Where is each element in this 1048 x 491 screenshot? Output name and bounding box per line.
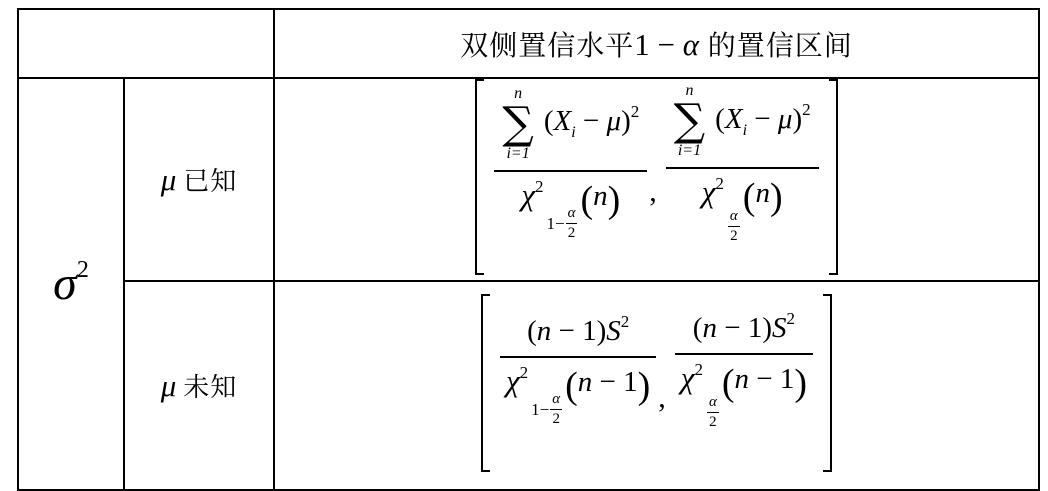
fraction-upper-bound: (n − 1)S2 χ2α2(n − 1)	[675, 309, 813, 457]
alpha-symbol: α	[550, 392, 562, 409]
subscript-prefix: 1−	[531, 400, 549, 420]
alpha-symbol: α	[707, 395, 719, 412]
denominator: χ21−α2(n − 1)	[500, 358, 656, 454]
header-row: 双侧置信水平1 − α 的置信区间	[18, 9, 1039, 78]
numerator: (n − 1)S2	[675, 309, 813, 353]
minus-one: − 1)	[551, 315, 606, 347]
argument-n: n	[593, 180, 608, 212]
argument-rest: − 1	[592, 366, 637, 398]
header-one-minus: 1 −	[634, 27, 682, 62]
minus-one: − 1)	[717, 312, 772, 344]
variable-S: S	[606, 315, 621, 347]
chi-subscript: α2	[706, 395, 719, 430]
ci-formula-known: n ∑ i=1 (Xi − μ)2 χ21−α2(n)	[475, 79, 837, 275]
denominator-two: 2	[552, 410, 560, 427]
sigma-exponent: 2	[77, 257, 89, 283]
variable-n: n	[702, 312, 717, 344]
sum-expression: (Xi − μ)2	[715, 103, 810, 135]
sigma-squared-cell: σ2	[18, 78, 124, 490]
close-paren: )	[608, 179, 621, 221]
mu-known-cell: μ已知	[124, 78, 274, 281]
open-paren: (	[580, 179, 593, 221]
argument-n: n	[755, 177, 770, 209]
denominator-two: 2	[709, 413, 717, 430]
open-paren: (	[722, 362, 735, 404]
variable-n: n	[537, 315, 552, 347]
chi-exponent: 2	[535, 177, 544, 196]
right-bracket	[823, 294, 832, 472]
argument-rest: − 1	[749, 363, 794, 395]
close-paren: )	[792, 103, 802, 135]
alpha-over-two-fraction: α2	[707, 395, 719, 430]
interval-comma: ,	[649, 175, 657, 209]
chi-subscript: α2	[727, 209, 740, 244]
close-paren: )	[770, 176, 783, 218]
mu-symbol: μ	[607, 105, 622, 137]
mu-unknown-cell: μ未知	[124, 281, 274, 490]
mu-symbol: μ	[778, 103, 793, 135]
fraction-lower-bound: n ∑ i=1 (Xi − μ)2 χ21−α2(n)	[494, 86, 647, 269]
chi-subscript: 1−α2	[531, 392, 562, 427]
sigma-sum-glyph: ∑	[502, 105, 533, 142]
variable-S: S	[772, 312, 787, 344]
close-paren: )	[794, 362, 807, 404]
minus-sign: −	[747, 103, 778, 135]
row-mu-unknown: μ未知 (n − 1)S2 χ21−α2(n − 1)	[18, 281, 1039, 490]
numerator: (n − 1)S2	[500, 312, 656, 356]
chi-symbol: χ	[521, 177, 535, 212]
fraction-lower-bound: (n − 1)S2 χ21−α2(n − 1)	[500, 312, 656, 455]
mu-symbol: μ	[161, 162, 177, 197]
chi-symbol: χ	[681, 360, 695, 395]
squared-exponent: 2	[621, 312, 630, 331]
argument-n: n	[578, 366, 593, 398]
header-cell: 双侧置信水平1 − α 的置信区间	[274, 9, 1039, 78]
sigma-symbol: σ	[53, 257, 77, 310]
denominator: χ2α2(n − 1)	[675, 355, 813, 457]
subscript-prefix: 1−	[547, 214, 565, 234]
summation-symbol: n ∑ i=1	[674, 83, 705, 159]
minus-sign: −	[576, 105, 607, 137]
header-title: 双侧置信水平1 − α 的置信区间	[460, 42, 853, 59]
chi-exponent: 2	[715, 174, 724, 193]
close-paren: )	[638, 365, 651, 407]
left-bracket	[481, 294, 490, 472]
interval-comma: ,	[658, 381, 666, 415]
denominator: χ2α2(n)	[666, 169, 819, 271]
chi-exponent: 2	[694, 360, 703, 379]
header-alpha-symbol: α	[683, 27, 699, 62]
sigma-sum-glyph: ∑	[674, 102, 705, 139]
confidence-interval-table: 双侧置信水平1 − α 的置信区间 σ2 μ已知	[17, 8, 1040, 491]
open-paren: (	[527, 315, 537, 347]
header-title-suffix: 的置信区间	[699, 30, 853, 61]
squared-exponent: 2	[786, 309, 795, 328]
right-bracket	[829, 79, 838, 275]
ci-unknown-cell: (n − 1)S2 χ21−α2(n − 1) , (n − 1)S2	[274, 281, 1039, 490]
formula-body: n ∑ i=1 (Xi − μ)2 χ21−α2(n)	[484, 79, 828, 275]
page: 双侧置信水平1 − α 的置信区间 σ2 μ已知	[0, 0, 1048, 488]
mu-unknown-label: 未知	[183, 372, 237, 402]
alpha-over-two-fraction: α2	[728, 209, 740, 244]
sum-expression: (Xi − μ)2	[544, 105, 639, 137]
chi-symbol: χ	[506, 363, 520, 398]
mu-known-label: 已知	[183, 166, 237, 196]
denominator-two: 2	[568, 224, 576, 241]
fraction-upper-bound: n ∑ i=1 (Xi − μ)2 χ2α2(n)	[666, 83, 819, 271]
ci-known-cell: n ∑ i=1 (Xi − μ)2 χ21−α2(n)	[274, 78, 1039, 281]
ci-formula-unknown: (n − 1)S2 χ21−α2(n − 1) , (n − 1)S2	[481, 294, 832, 472]
alpha-symbol: α	[566, 206, 578, 223]
open-paren: (	[715, 103, 725, 135]
argument-n: n	[734, 363, 749, 395]
summation-symbol: n ∑ i=1	[502, 86, 533, 162]
corner-cell	[18, 9, 274, 78]
close-paren: )	[621, 105, 631, 137]
formula-body: (n − 1)S2 χ21−α2(n − 1) , (n − 1)S2	[490, 294, 823, 472]
sum-lower-limit: i=1	[678, 139, 701, 159]
chi-subscript: 1−α2	[547, 206, 578, 241]
left-bracket	[475, 79, 484, 275]
alpha-symbol: α	[728, 209, 740, 226]
numerator: n ∑ i=1 (Xi − μ)2	[494, 86, 647, 170]
mu-symbol: μ	[161, 368, 177, 403]
squared-exponent: 2	[631, 102, 640, 121]
squared-exponent: 2	[802, 100, 811, 119]
variable-X: X	[553, 105, 571, 137]
open-paren: (	[565, 365, 578, 407]
numerator: n ∑ i=1 (Xi − μ)2	[666, 83, 819, 167]
alpha-over-two-fraction: α2	[566, 206, 578, 241]
denominator-two: 2	[730, 227, 738, 244]
row-mu-known: σ2 μ已知 n ∑	[18, 78, 1039, 281]
sum-lower-limit: i=1	[506, 142, 529, 162]
denominator: χ21−α2(n)	[494, 172, 647, 268]
chi-symbol: χ	[702, 174, 716, 209]
open-paren: (	[743, 176, 756, 218]
variable-X: X	[725, 103, 743, 135]
alpha-over-two-fraction: α2	[550, 392, 562, 427]
chi-exponent: 2	[520, 363, 529, 382]
header-title-prefix: 双侧置信水平	[460, 30, 634, 61]
